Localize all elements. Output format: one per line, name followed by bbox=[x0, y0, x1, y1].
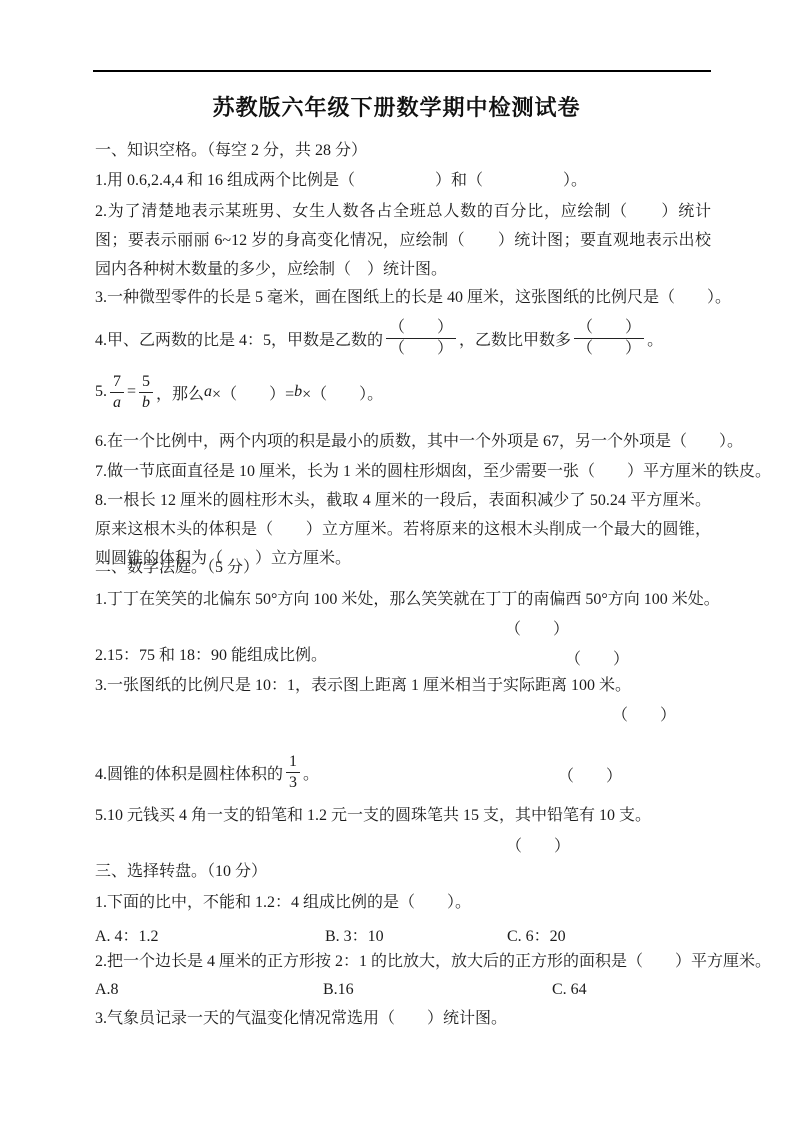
q4-frac2-numerator: （ ） bbox=[574, 318, 644, 338]
q5-text-2: ×（ ）= bbox=[212, 381, 294, 404]
q4-text-mid: ，乙数比甲数多 bbox=[459, 327, 571, 350]
q5-frac2-numerator: 5 bbox=[139, 372, 153, 392]
q5-text-3: ×（ ）。 bbox=[302, 381, 383, 404]
section1-question-7: 7.做一节底面直径是 10 厘米，长为 1 米的圆柱形烟囱，至少需要一张（ ）平… bbox=[95, 462, 771, 482]
section2-q2-answer-blank: （ ） bbox=[565, 646, 629, 669]
q5-frac1-denominator: a bbox=[110, 393, 124, 412]
q5-fraction-1: 7 a bbox=[110, 372, 124, 411]
section3-question-3: 3.气象员记录一天的气温变化情况常选用（ ）统计图。 bbox=[95, 1009, 507, 1029]
q5-fraction-2: 5 b bbox=[139, 372, 153, 411]
q5-text-1: ，那么 bbox=[156, 381, 204, 404]
q4-frac2-denominator: （ ） bbox=[574, 339, 644, 358]
s2-q4-frac-numerator: 1 bbox=[286, 752, 300, 772]
q5-variable-a: a bbox=[204, 383, 212, 401]
q4-text-pre: 4.甲、乙两数的比是 4：5，甲数是乙数的 bbox=[95, 327, 383, 350]
section2-q4-answer-blank: （ ） bbox=[558, 763, 622, 786]
q5-frac1-numerator: 7 bbox=[110, 372, 124, 392]
s3-q1-option-a: A. 4：1.2 bbox=[95, 923, 159, 946]
q4-frac1-numerator: （ ） bbox=[386, 318, 456, 338]
section2-question-3: 3.一张图纸的比例尺是 10：1，表示图上距离 1 厘米相当于实际距离 100 … bbox=[95, 676, 631, 696]
section1-question-3: 3.一种微型零件的长是 5 毫米，画在图纸上的长是 40 厘米，这张图纸的比例尺… bbox=[95, 288, 731, 308]
q4-blank-fraction-2: （ ） （ ） bbox=[574, 318, 644, 357]
s2-q4-fraction: 1 3 bbox=[286, 752, 300, 791]
s3-q2-option-a: A.8 bbox=[95, 981, 119, 999]
section3-question-1: 1.下面的比中，不能和 1.2：4 组成比例的是（ ）。 bbox=[95, 893, 471, 913]
s2-q4-text-post: 。 bbox=[303, 761, 319, 784]
section2-q5-answer-blank: （ ） bbox=[506, 833, 570, 856]
section2-heading: 二、数学法庭。（5 分） bbox=[95, 558, 259, 578]
section2-question-5: 5.10 元钱买 4 角一支的铅笔和 1.2 元一支的圆珠笔共 15 支，其中铅… bbox=[95, 806, 651, 826]
s3-q2-option-c: C. 64 bbox=[552, 981, 587, 999]
s3-q1-option-b: B. 3：10 bbox=[325, 923, 384, 946]
section1-question-5: 5. 7 a = 5 b ，那么 a ×（ ）= b ×（ ）。 bbox=[95, 366, 383, 418]
s3-q1-option-c: C. 6：20 bbox=[507, 923, 566, 946]
section1-question-1: 1.用 0.6,2.4,4 和 16 组成两个比例是（ ）和（ ）。 bbox=[95, 171, 587, 191]
q4-blank-fraction-1: （ ） （ ） bbox=[386, 318, 456, 357]
section2-question-1: 1.丁丁在笑笑的北偏东 50°方向 100 米处，那么笑笑就在丁丁的南偏西 50… bbox=[95, 590, 720, 610]
section1-heading: 一、知识空格。（每空 2 分，共 28 分） bbox=[95, 141, 367, 161]
q5-equals-sign: = bbox=[127, 383, 136, 401]
q5-label: 5. bbox=[95, 383, 107, 401]
q5-frac2-denominator: b bbox=[139, 393, 153, 412]
header-rule bbox=[93, 70, 711, 72]
s2-q4-frac-denominator: 3 bbox=[286, 773, 300, 792]
section3-heading: 三、选择转盘。（10 分） bbox=[95, 862, 267, 882]
section2-question-4: 4.圆锥的体积是圆柱体积的 1 3 。 bbox=[95, 748, 319, 796]
test-paper-page: 苏教版六年级下册数学期中检测试卷 一、知识空格。（每空 2 分，共 28 分） … bbox=[0, 0, 793, 1122]
section3-question-2: 2.把一个边长是 4 厘米的正方形按 2：1 的比放大，放大后的正方形的面积是（… bbox=[95, 952, 771, 972]
q4-text-post: 。 bbox=[647, 327, 663, 350]
section1-question-4: 4.甲、乙两数的比是 4：5，甲数是乙数的 （ ） （ ） ，乙数比甲数多 （ … bbox=[95, 314, 663, 362]
q5-variable-b: b bbox=[294, 383, 302, 401]
q4-frac1-denominator: （ ） bbox=[386, 339, 456, 358]
section1-question-6: 6.在一个比例中，两个内项的积是最小的质数，其中一个外项是 67，另一个外项是（… bbox=[95, 432, 743, 452]
section2-q1-answer-blank: （ ） bbox=[505, 616, 569, 639]
section1-question-2: 2.为了清楚地表示某班男、女生人数各占全班总人数的百分比，应绘制（ ）统计图；要… bbox=[95, 197, 711, 284]
page-title: 苏教版六年级下册数学期中检测试卷 bbox=[0, 91, 793, 122]
section2-question-2: 2.15：75 和 18：90 能组成比例。 bbox=[95, 646, 327, 666]
s2-q4-text-pre: 4.圆锥的体积是圆柱体积的 bbox=[95, 761, 283, 784]
section2-q3-answer-blank: （ ） bbox=[612, 702, 676, 725]
s3-q2-option-b: B.16 bbox=[323, 981, 354, 999]
